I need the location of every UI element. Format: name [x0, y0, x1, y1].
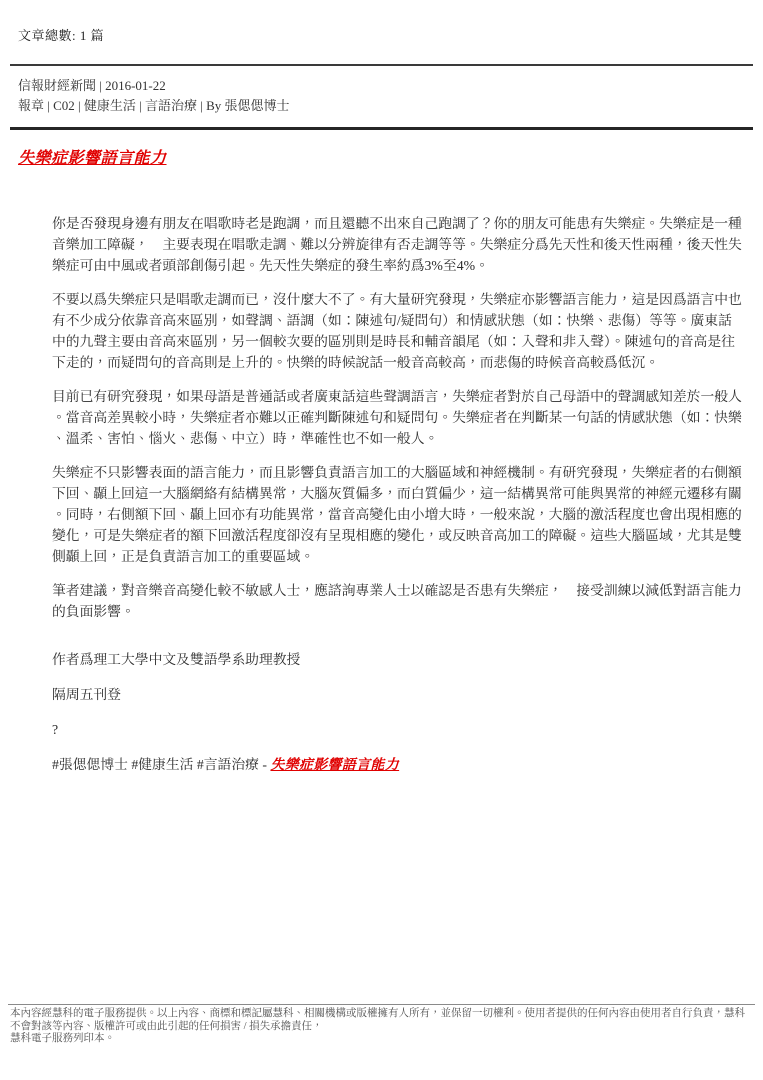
- article-body: 你是否發現身邊有朋友在唱歌時老是跑調，而且還聽不出來自己跑調了？你的朋友可能患有…: [52, 213, 745, 775]
- header-divider: [10, 127, 753, 130]
- document-page: 文章總數: 1 篇 信報財經新聞 | 2016-01-22 報章 | C02 |…: [0, 0, 763, 1080]
- tags-prefix-text: #張偲偲博士 #健康生活 #言語治療 -: [52, 757, 270, 772]
- article-meta-line: 報章 | C02 | 健康生活 | 言語治療 | By 張偲偲博士: [18, 96, 745, 116]
- source-date-line: 信報財經新聞 | 2016-01-22: [18, 76, 745, 96]
- paragraph-2: 不要以爲失樂症只是唱歌走調而已，沒什麼大不了。有大量研究發現，失樂症亦影響語言能…: [52, 289, 745, 373]
- author-note: 作者爲理工大學中文及雙語學系助理教授: [52, 649, 745, 670]
- paragraph-5: 筆者建議，對音樂音高變化較不敏感人士，應諮詢專業人士以確認是否患有失樂症， 接受…: [52, 580, 745, 622]
- paragraph-1: 你是否發現身邊有朋友在唱歌時老是跑調，而且還聽不出來自己跑調了？你的朋友可能患有…: [52, 213, 745, 276]
- footer-line-1: 本內容經慧科的電子服務提供。以上內容、商標和標記屬慧科、相關機構或版權擁有人所有…: [10, 1008, 753, 1021]
- tags-line: #張偲偲博士 #健康生活 #言語治療 - 失樂症影響語言能力: [52, 754, 745, 775]
- paragraph-4: 失樂症不只影響表面的語言能力，而且影響負責語言加工的大腦區域和神經機制。有研究發…: [52, 462, 745, 567]
- article-tag-link[interactable]: 失樂症影響語言能力: [270, 757, 399, 772]
- footer-disclaimer: 本內容經慧科的電子服務提供。以上內容、商標和標記屬慧科、相關機構或版權擁有人所有…: [8, 1004, 755, 1046]
- footer-line-2: 不會對該等內容、版權許可或由此引起的任何損害 / 損失承擔責任，: [10, 1021, 753, 1034]
- paragraph-3: 目前已有研究發現，如果母語是普通話或者廣東話這些聲調語言，失樂症者對於自己母語中…: [52, 386, 745, 449]
- article-count: 文章總數: 1 篇: [18, 0, 745, 45]
- publication-schedule-note: 隔周五刊登: [52, 684, 745, 705]
- article-title-link[interactable]: 失樂症影響語言能力: [18, 145, 167, 168]
- footer-line-3: 慧科電子服務列印本。: [10, 1033, 753, 1046]
- top-divider: [10, 64, 753, 66]
- stray-question-mark: ?: [52, 719, 745, 740]
